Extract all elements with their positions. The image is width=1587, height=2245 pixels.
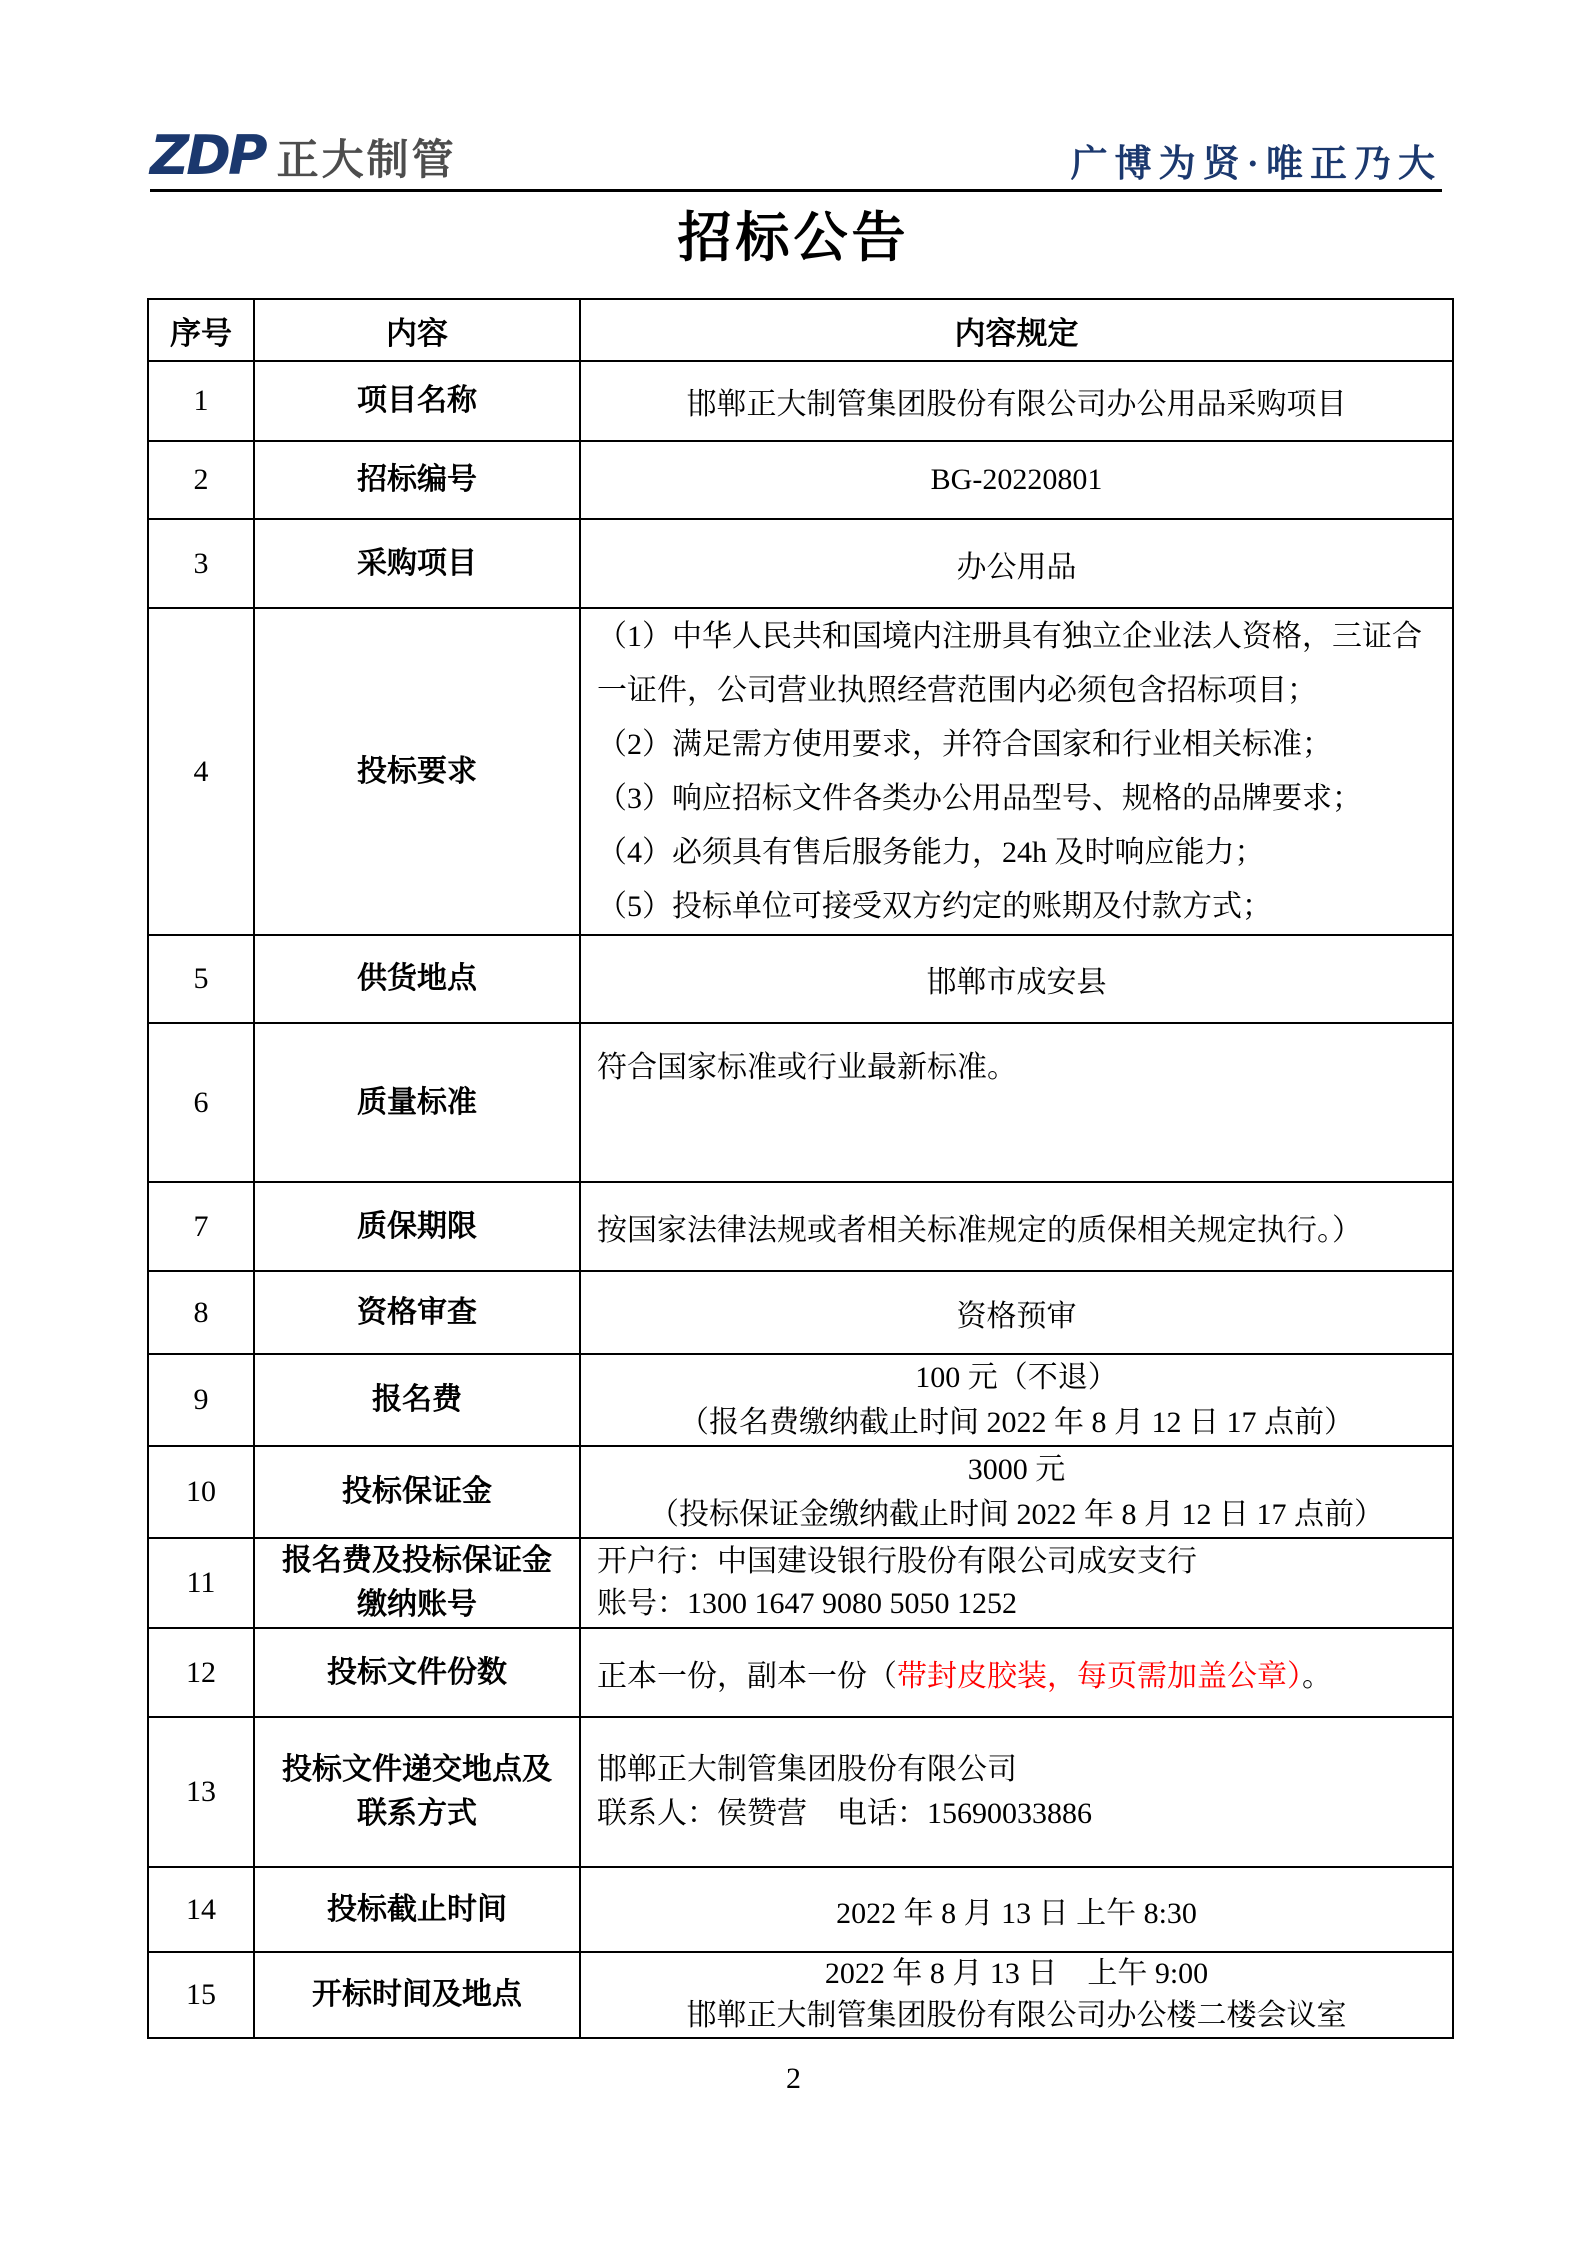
row-value: 资格预审 <box>580 1271 1453 1354</box>
row-value: 邯郸市成安县 <box>580 935 1453 1023</box>
row-value: BG-20220801 <box>580 441 1453 519</box>
value-line: （报名费缴纳截止时间 2022 年 8 月 12 日 17 点前） <box>581 1400 1452 1445</box>
value-line: 100 元（不退） <box>581 1355 1452 1400</box>
value-line: 3000 元 <box>581 1447 1452 1492</box>
row-label: 报名费 <box>254 1354 580 1446</box>
row-number: 15 <box>148 1952 254 2038</box>
value-line: 邯郸正大制管集团股份有限公司办公楼二楼会议室 <box>581 1995 1452 2037</box>
row-number: 4 <box>148 608 254 935</box>
label-line: 缴纳账号 <box>255 1583 579 1627</box>
row-label: 质保期限 <box>254 1182 580 1271</box>
document-page: ZDP 正大制管 广博为贤·唯正乃大 招标公告 序号 内容 内容规定 1 项目名… <box>0 0 1587 2245</box>
row-number: 13 <box>148 1717 254 1867</box>
row-number: 11 <box>148 1538 254 1628</box>
row-number: 2 <box>148 441 254 519</box>
logo-zdp-mark: ZDP <box>150 129 265 183</box>
row-value: 邯郸正大制管集团股份有限公司办公用品采购项目 <box>580 361 1453 441</box>
row-label: 采购项目 <box>254 519 580 608</box>
page-header: ZDP 正大制管 广博为贤·唯正乃大 <box>150 120 1442 192</box>
row-label: 资格审查 <box>254 1271 580 1354</box>
value-line: （3）响应招标文件各类办公用品型号、规格的品牌要求； <box>597 772 1442 826</box>
value-line: （5）投标单位可接受双方约定的账期及付款方式； <box>597 880 1442 934</box>
value-line: 一证件，公司营业执照经营范围内必须包含招标项目； <box>597 664 1442 718</box>
table-row: 15 开标时间及地点 2022 年 8 月 13 日 上午 9:00 邯郸正大制… <box>148 1952 1453 2038</box>
label-line: 联系方式 <box>255 1792 579 1836</box>
row-label: 项目名称 <box>254 361 580 441</box>
table-row: 4 投标要求 （1）中华人民共和国境内注册具有独立企业法人资格，三证合 一证件，… <box>148 608 1453 935</box>
value-line: 2022 年 8 月 13 日 上午 9:00 <box>581 1953 1452 1995</box>
row-label: 开标时间及地点 <box>254 1952 580 2038</box>
value-line: 邯郸正大制管集团股份有限公司 <box>597 1748 1442 1792</box>
table-row: 3 采购项目 办公用品 <box>148 519 1453 608</box>
row-value: 正本一份，副本一份（带封皮胶装，每页需加盖公章）。 <box>580 1628 1453 1717</box>
row-number: 7 <box>148 1182 254 1271</box>
label-line: 投标文件递交地点及 <box>255 1748 579 1792</box>
table-row: 1 项目名称 邯郸正大制管集团股份有限公司办公用品采购项目 <box>148 361 1453 441</box>
row-number: 1 <box>148 361 254 441</box>
row-label: 报名费及投标保证金 缴纳账号 <box>254 1538 580 1628</box>
row-value: 开户行：中国建设银行股份有限公司成安支行 账号：1300 1647 9080 5… <box>580 1538 1453 1628</box>
announcement-table: 序号 内容 内容规定 1 项目名称 邯郸正大制管集团股份有限公司办公用品采购项目… <box>147 298 1454 2039</box>
row-value: 2022 年 8 月 13 日 上午 8:30 <box>580 1867 1453 1952</box>
value-segment: 正本一份，副本一份（ <box>597 1660 897 1693</box>
table-row: 7 质保期限 按国家法律法规或者相关标准规定的质保相关规定执行。） <box>148 1182 1453 1271</box>
row-value: 2022 年 8 月 13 日 上午 9:00 邯郸正大制管集团股份有限公司办公… <box>580 1952 1453 2038</box>
row-number: 10 <box>148 1446 254 1538</box>
row-value: 符合国家标准或行业最新标准。 <box>580 1023 1453 1182</box>
row-label: 投标保证金 <box>254 1446 580 1538</box>
row-label: 投标要求 <box>254 608 580 935</box>
label-line: 报名费及投标保证金 <box>255 1539 579 1583</box>
table-header-row: 序号 内容 内容规定 <box>148 299 1453 361</box>
row-number: 14 <box>148 1867 254 1952</box>
row-value: 办公用品 <box>580 519 1453 608</box>
row-number: 8 <box>148 1271 254 1354</box>
row-value: （1）中华人民共和国境内注册具有独立企业法人资格，三证合 一证件，公司营业执照经… <box>580 608 1453 935</box>
value-line: 开户行：中国建设银行股份有限公司成安支行 <box>597 1541 1442 1583</box>
row-label: 投标文件递交地点及 联系方式 <box>254 1717 580 1867</box>
value-line: （4）必须具有售后服务能力，24h 及时响应能力； <box>597 826 1442 880</box>
row-number: 6 <box>148 1023 254 1182</box>
table-row: 9 报名费 100 元（不退） （报名费缴纳截止时间 2022 年 8 月 12… <box>148 1354 1453 1446</box>
col-header-index: 序号 <box>148 299 254 361</box>
company-logo: ZDP 正大制管 <box>150 129 457 183</box>
value-line: 联系人：侯赞营 电话：15690033886 <box>597 1792 1442 1836</box>
col-header-content: 内容 <box>254 299 580 361</box>
row-label: 招标编号 <box>254 441 580 519</box>
page-number: 2 <box>0 2062 1587 2096</box>
table-row: 13 投标文件递交地点及 联系方式 邯郸正大制管集团股份有限公司 联系人：侯赞营… <box>148 1717 1453 1867</box>
value-line: 账号：1300 1647 9080 5050 1252 <box>597 1583 1442 1625</box>
table-row: 8 资格审查 资格预审 <box>148 1271 1453 1354</box>
row-label: 投标文件份数 <box>254 1628 580 1717</box>
table-row: 12 投标文件份数 正本一份，副本一份（带封皮胶装，每页需加盖公章）。 <box>148 1628 1453 1717</box>
row-label: 质量标准 <box>254 1023 580 1182</box>
row-label: 供货地点 <box>254 935 580 1023</box>
value-line: （投标保证金缴纳截止时间 2022 年 8 月 12 日 17 点前） <box>581 1492 1452 1537</box>
table-row: 2 招标编号 BG-20220801 <box>148 441 1453 519</box>
row-number: 5 <box>148 935 254 1023</box>
value-line: （1）中华人民共和国境内注册具有独立企业法人资格，三证合 <box>597 610 1442 664</box>
row-number: 9 <box>148 1354 254 1446</box>
value-line: （2）满足需方使用要求，并符合国家和行业相关标准； <box>597 718 1442 772</box>
row-value: 按国家法律法规或者相关标准规定的质保相关规定执行。） <box>580 1182 1453 1271</box>
row-value: 100 元（不退） （报名费缴纳截止时间 2022 年 8 月 12 日 17 … <box>580 1354 1453 1446</box>
table-row: 5 供货地点 邯郸市成安县 <box>148 935 1453 1023</box>
table-row: 11 报名费及投标保证金 缴纳账号 开户行：中国建设银行股份有限公司成安支行 账… <box>148 1538 1453 1628</box>
value-segment: 。 <box>1302 1660 1332 1693</box>
logo-company-name: 正大制管 <box>277 139 457 181</box>
row-number: 12 <box>148 1628 254 1717</box>
table-row: 14 投标截止时间 2022 年 8 月 13 日 上午 8:30 <box>148 1867 1453 1952</box>
value-segment-red: 带封皮胶装，每页需加盖公章） <box>897 1660 1302 1693</box>
table-row: 6 质量标准 符合国家标准或行业最新标准。 <box>148 1023 1453 1182</box>
row-label: 投标截止时间 <box>254 1867 580 1952</box>
row-value: 邯郸正大制管集团股份有限公司 联系人：侯赞营 电话：15690033886 <box>580 1717 1453 1867</box>
page-title: 招标公告 <box>0 208 1587 268</box>
table-row: 10 投标保证金 3000 元 （投标保证金缴纳截止时间 2022 年 8 月 … <box>148 1446 1453 1538</box>
company-slogan: 广博为贤·唯正乃大 <box>1071 146 1442 183</box>
row-number: 3 <box>148 519 254 608</box>
col-header-spec: 内容规定 <box>580 299 1453 361</box>
row-value: 3000 元 （投标保证金缴纳截止时间 2022 年 8 月 12 日 17 点… <box>580 1446 1453 1538</box>
